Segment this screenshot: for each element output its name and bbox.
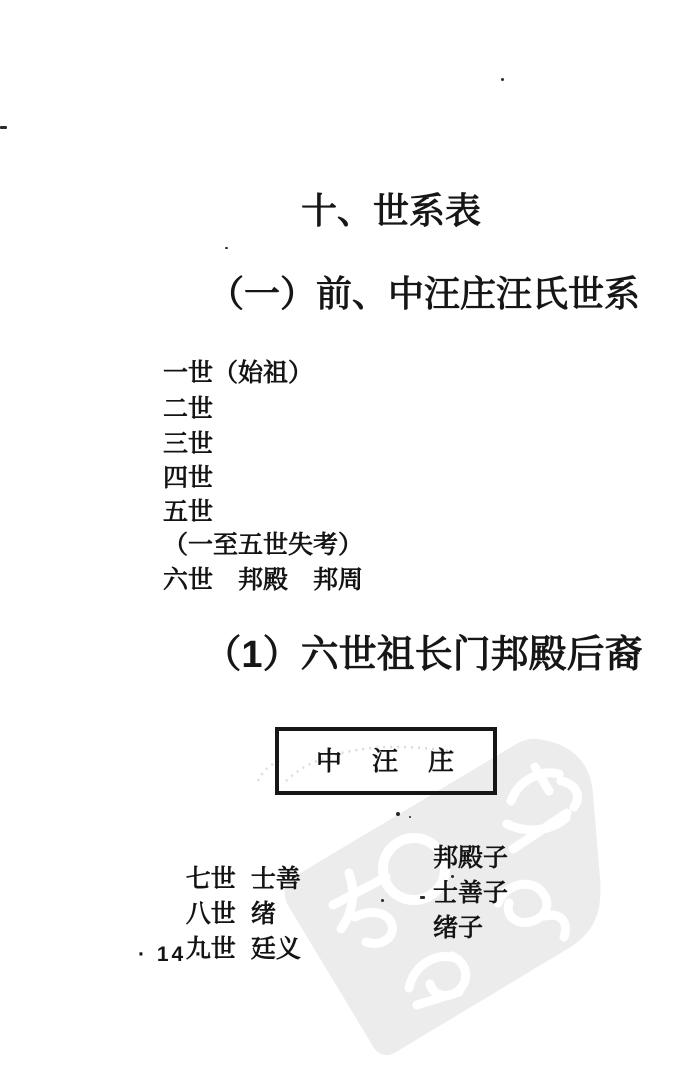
person-name: 廷义 (251, 935, 301, 963)
parentage-note: 绪子 (433, 916, 483, 941)
scan-speck (409, 816, 411, 818)
page-title: 十、世系表 (301, 193, 481, 229)
village-name-label: 中 汪 庄 (316, 746, 456, 776)
lineage-row: 九世廷义 绪子 (158, 912, 698, 1012)
generation-list-item: 六世 邦殿 邦周 (163, 568, 363, 593)
parentage-note: 邦殿子 (433, 846, 508, 871)
generation-list-item: （一至五世失考） (163, 533, 363, 558)
generation-list-item: 二世 (163, 397, 213, 422)
page-number: · 14 · (138, 943, 205, 967)
scan-speck (225, 247, 228, 249)
branch-section-heading: （1）六世祖长门邦殿后裔 (203, 636, 642, 674)
scan-speck (0, 126, 7, 129)
generation-list-item: 一世（始祖） (163, 361, 313, 386)
scan-speck (396, 812, 400, 816)
generation-list-item: 五世 (163, 500, 213, 525)
scan-speck (267, 533, 270, 536)
scan-speck (451, 875, 454, 878)
generation-list-item: 四世 (163, 466, 213, 491)
village-name-box: 中 汪 庄 (275, 727, 497, 795)
scan-speck (420, 896, 425, 899)
scanned-book-page: PDG 十、世系表 （一）前、中汪庄汪氏世系 一世（始祖） 二世 三世 四世 五… (0, 0, 700, 1070)
parentage-note: 士善子 (433, 881, 508, 906)
scan-speck (381, 899, 384, 902)
generation-list-item: 三世 (163, 432, 213, 457)
scan-speck (501, 78, 504, 81)
subsection-heading: （一）前、中汪庄汪氏世系 (208, 276, 640, 312)
